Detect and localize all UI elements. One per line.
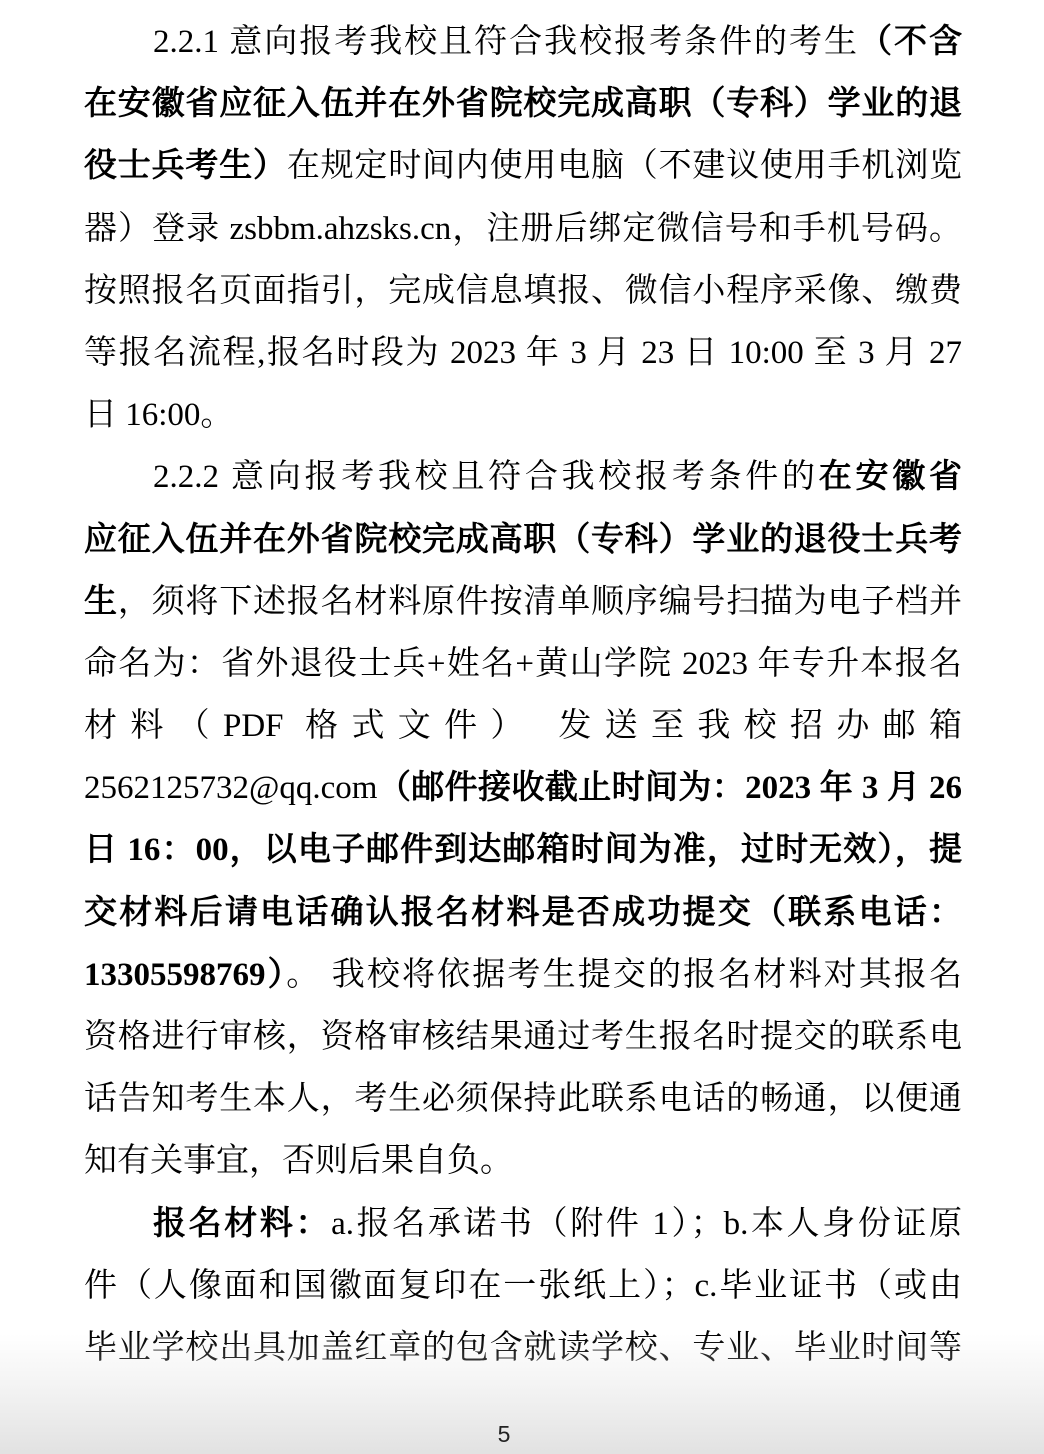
text-segment: 毕业学校出具加盖红章的包含就读学校、专业、毕业时间等: [84, 1330, 962, 1366]
text-line: 日 16：00，以电子邮件到达邮箱时间为准，过时无效），提: [84, 819, 962, 881]
text-line: 在安徽省应征入伍并在外省院校完成高职（专科）学业的退: [84, 73, 962, 135]
text-segment: ，须将下述报名材料原件按清单顺序编号扫描为电子档并: [118, 584, 962, 620]
text-line: 件（人像面和国徽面复印在一张纸上）；c.毕业证书（或由: [84, 1255, 962, 1317]
document-page: 2.2.1 意向报考我校且符合我校报考条件的考生（不含在安徽省应征入伍并在外省院…: [0, 0, 1044, 1454]
text-line: 生，须将下述报名材料原件按清单顺序编号扫描为电子档并: [84, 571, 962, 633]
text-line: 器）登录 zsbbm.ahzsks.cn，注册后绑定微信号和手机号码。: [84, 198, 962, 260]
text-segment: 役士兵考生）: [84, 148, 287, 184]
text-line: 资格进行审核，资格审核结果通过考生报名时提交的联系电: [84, 1006, 962, 1068]
text-line: 日 16:00。: [84, 384, 962, 446]
text-segment: a.报名承诺书（附件 1）；b.本人身份证原: [331, 1206, 962, 1242]
text-line: 毕业学校出具加盖红章的包含就读学校、专业、毕业时间等: [84, 1317, 962, 1379]
page-number: 5: [0, 1421, 1008, 1448]
text-line: 命名为：省外退役士兵+姓名+黄山学院 2023 年专升本报名: [84, 633, 962, 695]
text-segment: 日 16:00。: [84, 397, 233, 433]
text-line: 交材料后请电话确认报名材料是否成功提交（联系电话：: [84, 882, 962, 944]
document-text: 2.2.1 意向报考我校且符合我校报考条件的考生（不含在安徽省应征入伍并在外省院…: [84, 11, 962, 1379]
text-segment: 命名为：省外退役士兵+姓名+黄山学院 2023 年专升本报名: [84, 646, 962, 682]
text-segment: 日 16：00，以电子邮件到达邮箱时间为准，过时无效），提: [84, 832, 962, 868]
text-line: 材料（PDF 格式文件） 发送至我校招办邮箱: [84, 695, 962, 757]
text-line: 按照报名页面指引，完成信息填报、微信小程序采像、缴费: [84, 260, 962, 322]
text-line: 话告知考生本人，考生必须保持此联系电话的畅通，以便通: [84, 1068, 962, 1130]
text-line: 13305598769）。 我校将依据考生提交的报名材料对其报名: [84, 944, 962, 1006]
text-line: 役士兵考生）在规定时间内使用电脑（不建议使用手机浏览: [84, 135, 962, 197]
text-line: 知有关事宜，否则后果自负。: [84, 1130, 962, 1192]
text-line: 2.2.1 意向报考我校且符合我校报考条件的考生（不含: [84, 11, 962, 73]
text-segment: 按照报名页面指引，完成信息填报、微信小程序采像、缴费: [84, 273, 962, 309]
text-segment: 件（人像面和国徽面复印在一张纸上）；c.毕业证书（或由: [84, 1268, 962, 1304]
text-segment: 生: [84, 584, 118, 620]
text-segment: 材料（PDF 格式文件） 发送至我校招办邮箱: [84, 708, 962, 744]
text-segment: 器）登录 zsbbm.ahzsks.cn，注册后绑定微信号和手机号码。: [84, 211, 962, 247]
text-line: 等报名流程,报名时段为 2023 年 3 月 23 日 10:00 至 3 月 …: [84, 322, 962, 384]
text-segment: 2562125732@qq.com: [84, 770, 377, 806]
text-segment: 2.2.2 意向报考我校且符合我校报考条件的: [153, 459, 819, 495]
text-segment: 13305598769）: [84, 957, 286, 993]
text-segment: 知有关事宜，否则后果自负。: [84, 1143, 513, 1179]
text-segment: （不含: [859, 24, 962, 60]
text-segment: 。 我校将依据考生提交的报名材料对其报名: [286, 957, 962, 993]
text-segment: 报名材料：: [153, 1206, 331, 1242]
text-segment: 交材料后请电话确认报名材料是否成功提交（联系电话：: [84, 895, 962, 931]
text-segment: 等报名流程,报名时段为 2023 年 3 月 23 日 10:00 至 3 月 …: [84, 335, 962, 371]
text-segment: （邮件接收截止时间为：2023 年 3 月 26: [377, 770, 962, 806]
text-line: 2.2.2 意向报考我校且符合我校报考条件的在安徽省: [84, 446, 962, 508]
text-segment: 2.2.1 意向报考我校且符合我校报考条件的考生: [153, 24, 859, 60]
text-segment: 资格进行审核，资格审核结果通过考生报名时提交的联系电: [84, 1019, 962, 1055]
text-segment: 在规定时间内使用电脑（不建议使用手机浏览: [287, 148, 962, 184]
text-segment: 在安徽省应征入伍并在外省院校完成高职（专科）学业的退: [84, 86, 962, 122]
text-line: 报名材料：a.报名承诺书（附件 1）；b.本人身份证原: [84, 1193, 962, 1255]
text-segment: 在安徽省: [819, 459, 962, 495]
text-segment: 应征入伍并在外省院校完成高职（专科）学业的退役士兵考: [84, 522, 962, 558]
text-line: 应征入伍并在外省院校完成高职（专科）学业的退役士兵考: [84, 509, 962, 571]
text-line: 2562125732@qq.com（邮件接收截止时间为：2023 年 3 月 2…: [84, 757, 962, 819]
text-segment: 话告知考生本人，考生必须保持此联系电话的畅通，以便通: [84, 1081, 962, 1117]
